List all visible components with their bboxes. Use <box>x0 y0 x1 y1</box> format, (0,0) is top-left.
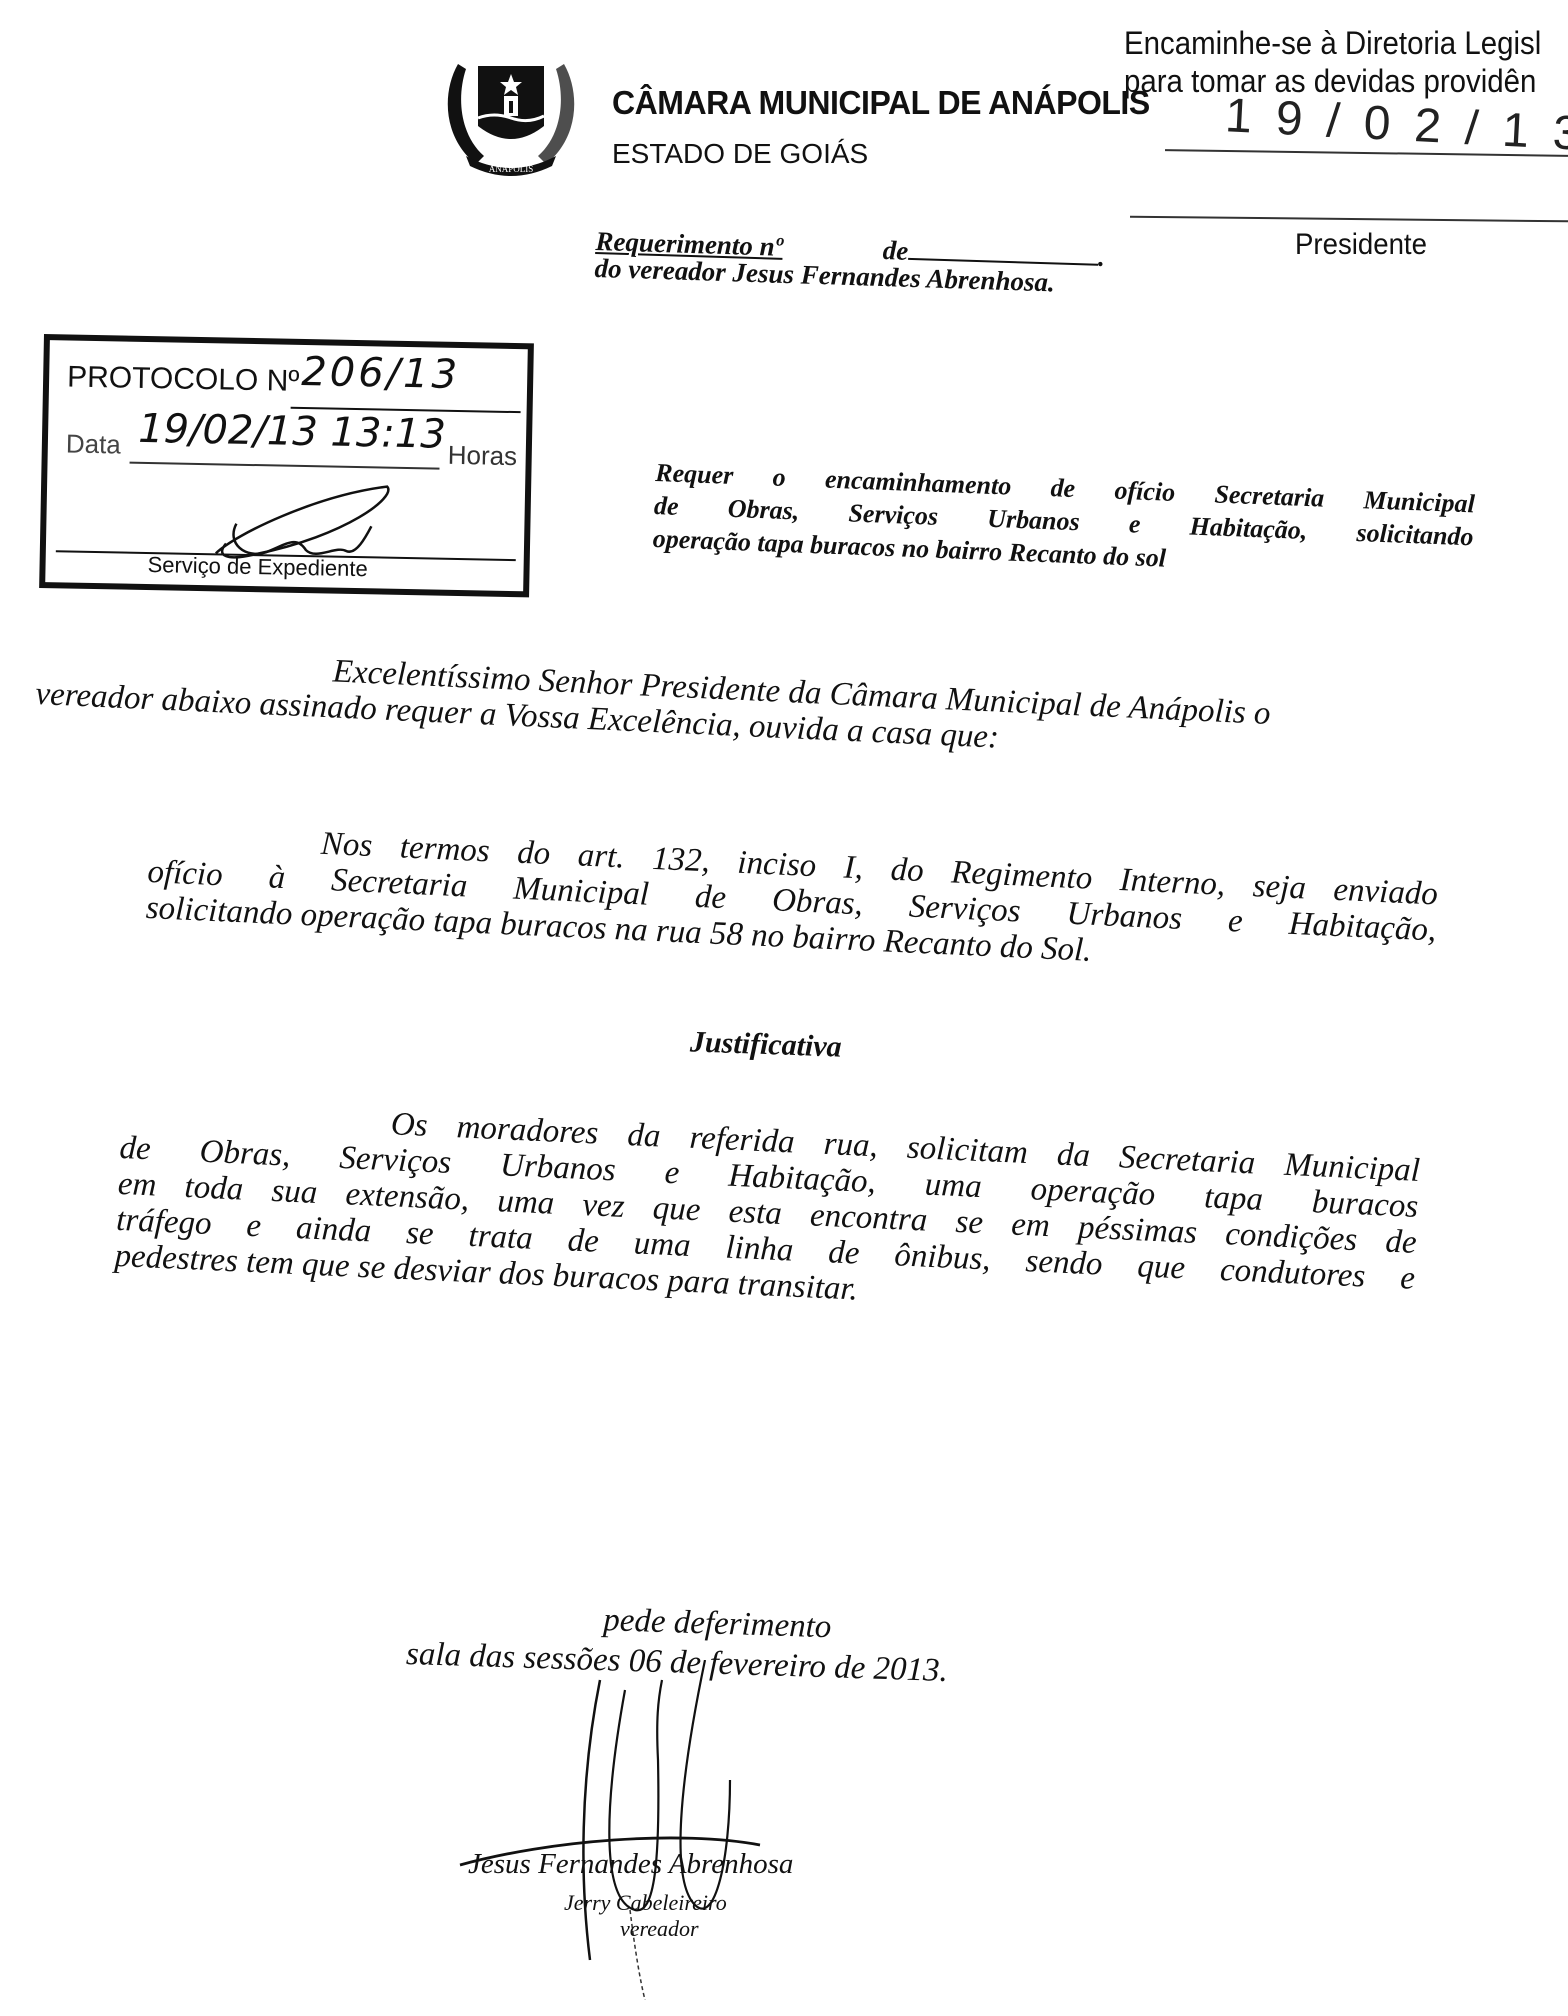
protocol-label: PROTOCOLO Nº <box>67 360 300 398</box>
signer-role: vereador <box>620 1916 699 1942</box>
institution-subtitle: ESTADO DE GOIÁS <box>612 138 868 170</box>
request-heading: Requerimento nºde. do vereador Jesus Fer… <box>594 226 1105 300</box>
protocol-number: 206/13 <box>301 349 461 398</box>
intro-paragraph: Excelentíssimo Senhor Presidente da Câma… <box>35 640 1272 768</box>
svg-text:ANÁPOLIS: ANÁPOLIS <box>489 164 534 174</box>
terms-paragraph: Nos termos do art. 132, inciso I, do Reg… <box>145 818 1439 984</box>
justification-heading: Justificativa <box>689 1025 842 1064</box>
dispatch-signature-label: Presidente <box>1295 228 1427 262</box>
dispatch-signature-line <box>1130 216 1568 223</box>
date-value: 19/02/13 13:13 <box>138 406 446 458</box>
coat-of-arms-icon: ANÁPOLIS <box>436 44 586 184</box>
hours-label: Horas <box>447 440 517 472</box>
justification-paragraph: Os moradores da referida rua, solicitam … <box>114 1094 1421 1333</box>
signer-nickname: Jerry Cabeleireiro <box>564 1890 727 1916</box>
request-summary: Requer o encaminhamento de ofício Secret… <box>652 456 1475 586</box>
handwritten-signature-icon <box>430 1660 810 2000</box>
request-year-blank <box>908 238 1099 266</box>
date-label: Data <box>66 428 122 460</box>
protocol-stamp: PROTOCOLO Nº 206/13 Data 19/02/13 13:13 … <box>39 334 534 597</box>
institution-title: CÂMARA MUNICIPAL DE ANÁPOLIS <box>612 84 1150 122</box>
office-label: Serviço de Expediente <box>147 552 368 582</box>
dispatch-line-1: Encaminhe-se à Diretoria Legisl <box>1124 24 1541 62</box>
signer-name: Jesus Fernandes Abrenhosa <box>468 1848 793 1881</box>
date-underline <box>130 462 440 470</box>
dispatch-note: Encaminhe-se à Diretoria Legisl para tom… <box>1124 24 1541 100</box>
